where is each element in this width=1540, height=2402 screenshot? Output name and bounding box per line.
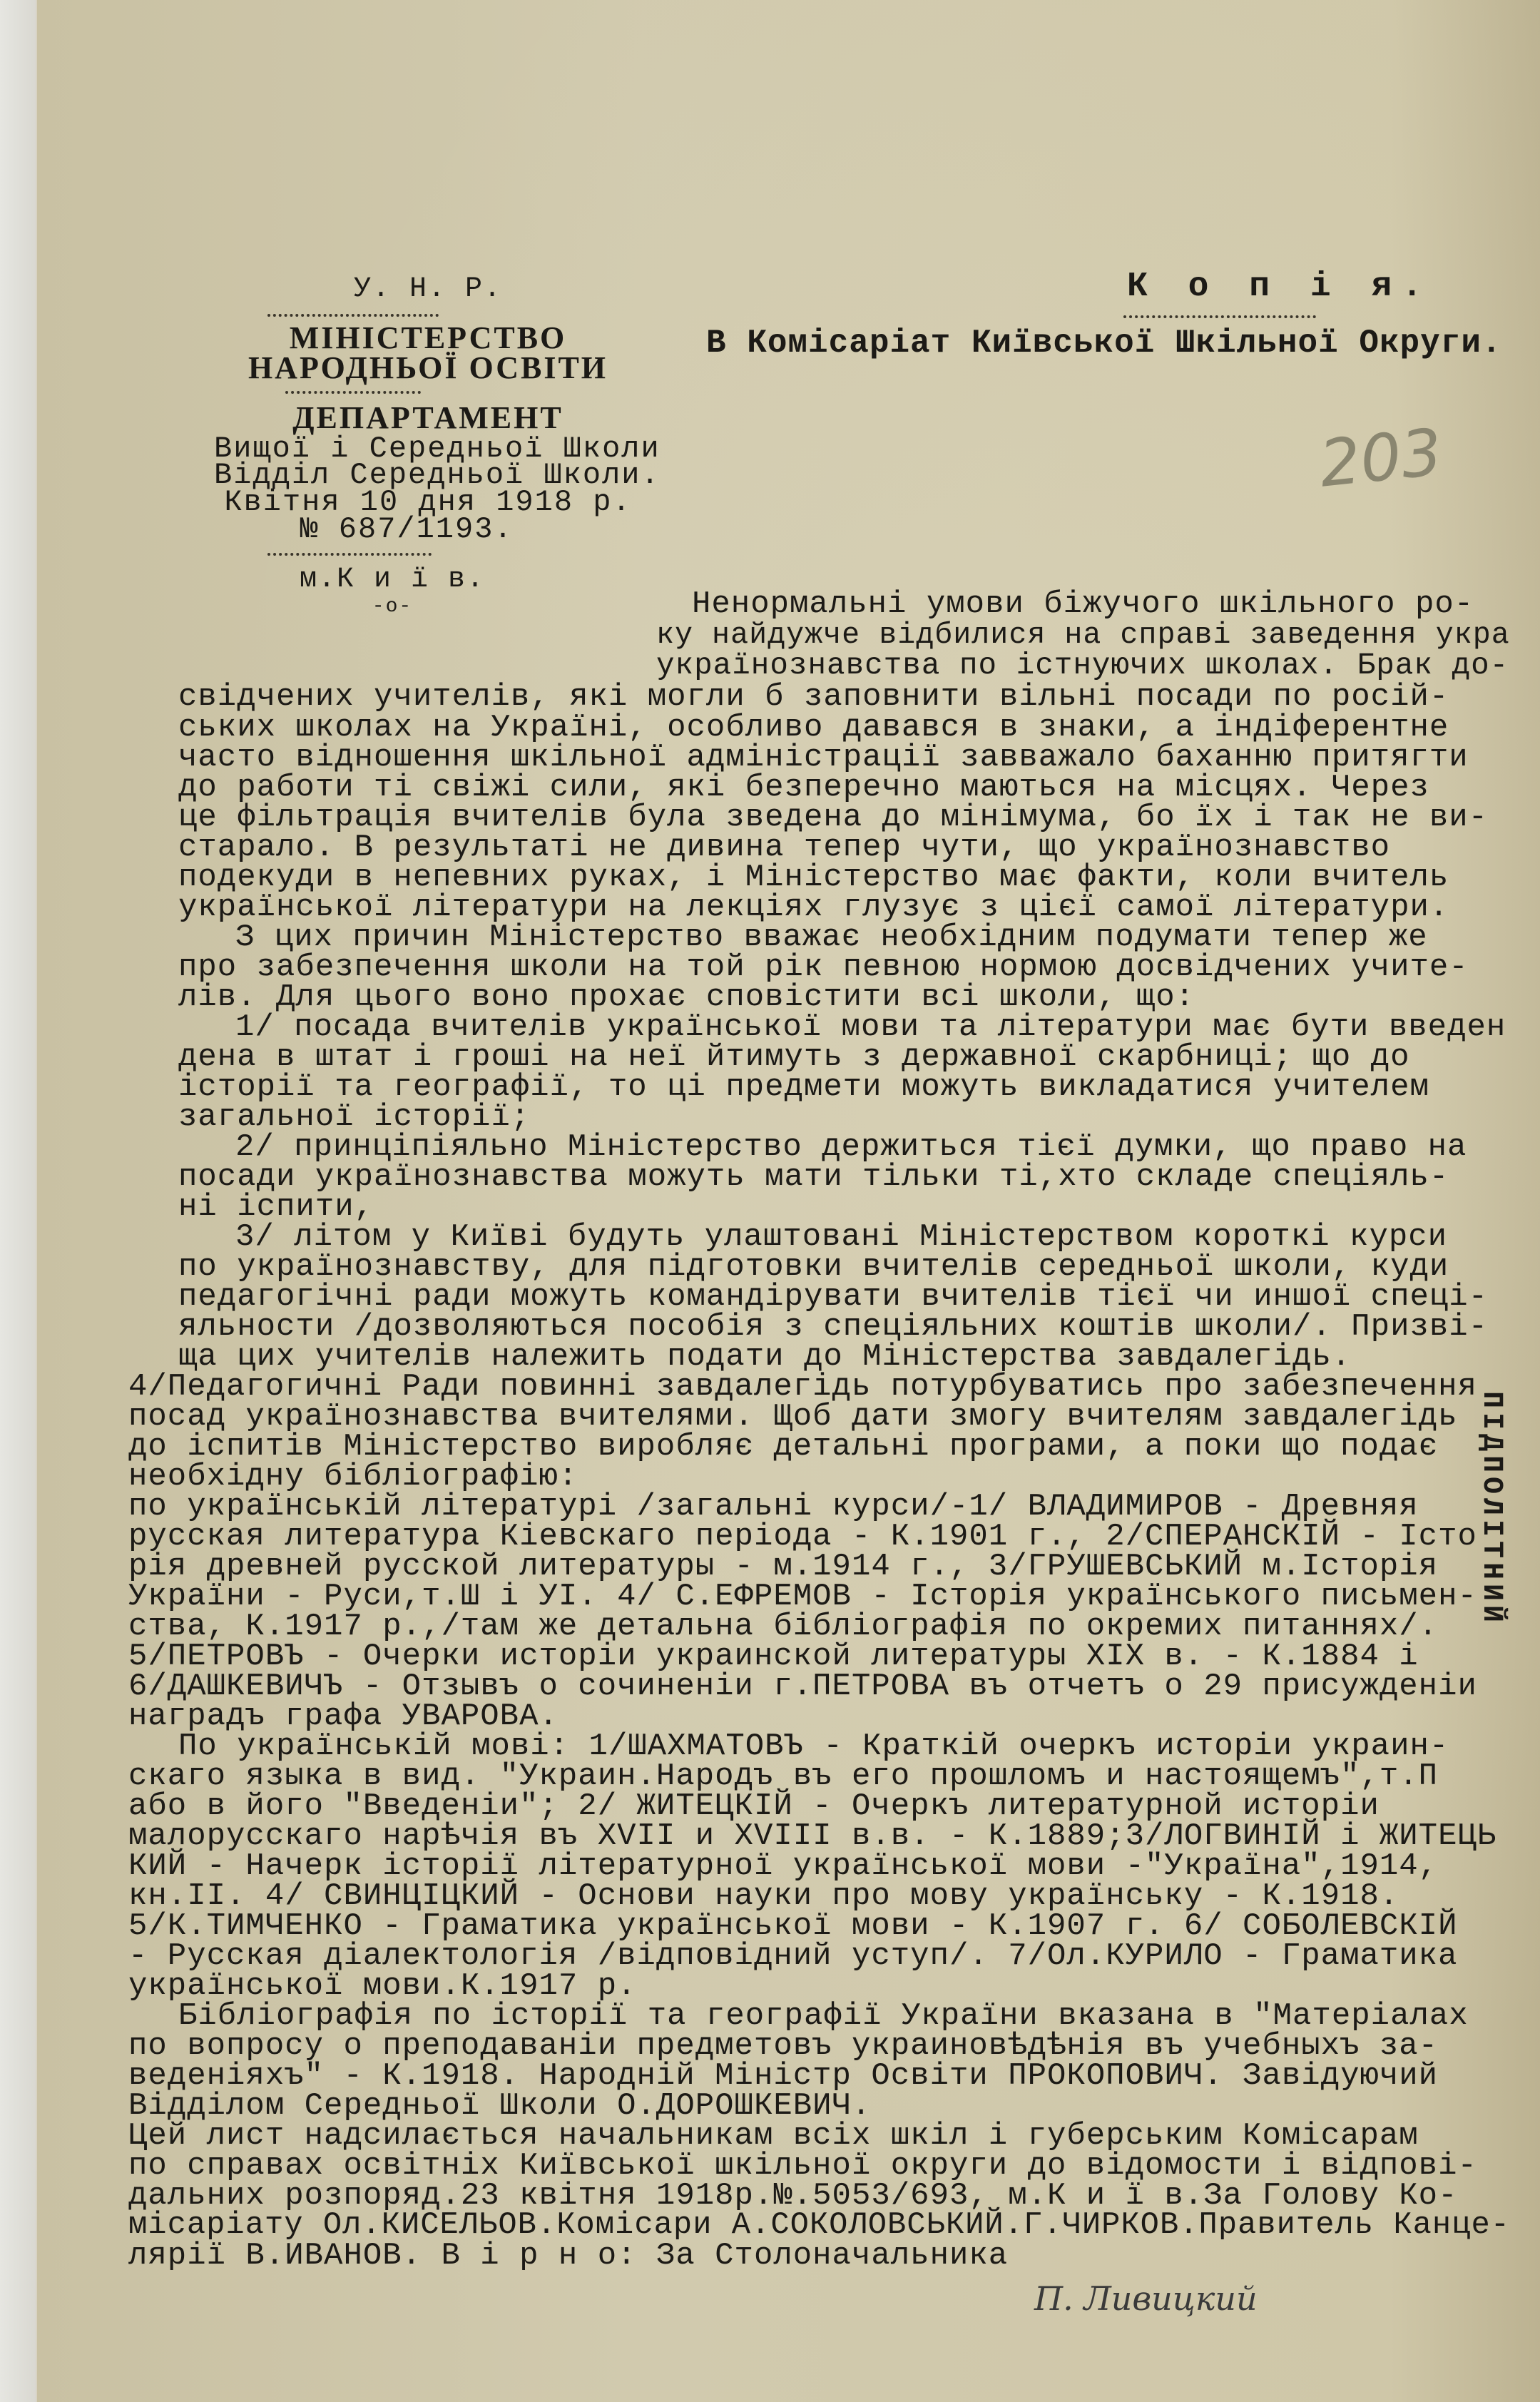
letterhead-number: № 687/1193. bbox=[193, 512, 621, 546]
body-line: КИЙ - Начерк історії літературної україн… bbox=[128, 1851, 1438, 1882]
body-line: необхідну бібліографію: bbox=[128, 1461, 578, 1492]
handwritten-signature: П. Ливицкий bbox=[1034, 2279, 1258, 2318]
divider bbox=[267, 553, 432, 556]
body-line: 3/ літом у Київі будуть улаштовані Мініс… bbox=[235, 1221, 1447, 1253]
body-line: веденіяхъ" - К.1918. Народній Міністр Ос… bbox=[128, 2060, 1438, 2092]
body-line: яльности /дозволяються пособія з спеціял… bbox=[178, 1311, 1488, 1343]
body-line: місаріату Ол.КИСЕЛЬОВ.Комісари А.СОКОЛОВ… bbox=[128, 2210, 1510, 2241]
body-line: це фільтрація вчителів була зведена до м… bbox=[178, 802, 1488, 833]
body-line: старало. В результаті не дивина тепер чу… bbox=[178, 832, 1390, 863]
body-line: - Русская діалектологія /відповідний уст… bbox=[128, 1940, 1458, 1972]
body-line: дена в штат і гроші на неї йтимуть з дер… bbox=[178, 1042, 1409, 1073]
body-line: про забезпечення школи на той рік певною… bbox=[178, 952, 1469, 983]
body-line: 4/Педагогичні Ради повинні завдалегідь п… bbox=[128, 1371, 1477, 1403]
divider bbox=[267, 314, 439, 317]
body-line: малорусскаго нарѣчія въ XVII и XVIII в.в… bbox=[128, 1821, 1496, 1852]
letterhead-state: У. Н. Р. bbox=[214, 273, 642, 305]
body-line: рія древней русской литературы - м.1914 … bbox=[128, 1551, 1438, 1582]
copy-title: К о п і я. bbox=[1127, 268, 1432, 306]
body-line: З цих причин Міністерство вважає необхід… bbox=[235, 922, 1428, 953]
body-line: Цей лист надсилається начальникам всіх ш… bbox=[128, 2120, 1419, 2152]
body-line: по українознавству, для підготовки вчите… bbox=[178, 1251, 1449, 1283]
body-line: ських школах на Україні, особливо дававс… bbox=[178, 712, 1449, 743]
body-line: дальних розпоряд.23 квітня 1918р.№.5053/… bbox=[128, 2180, 1458, 2212]
body-line: або в його "Введеніи"; 2/ ЖИТЕЦКІЙ - Оче… bbox=[128, 1791, 1380, 1822]
body-line: історії та географії, то ці предмети мож… bbox=[178, 1072, 1429, 1103]
margin-vertical-stamp: ПІДПОЛІТНИЙ bbox=[1475, 1391, 1507, 1627]
body-line: ща цих учителів належить подати до Мініс… bbox=[178, 1341, 1351, 1373]
page-left-edge bbox=[0, 0, 36, 2402]
body-line: загальної історії; bbox=[178, 1101, 530, 1133]
body-line: Бібліографія по історії та географії Укр… bbox=[178, 2000, 1469, 2032]
body-line: до іспитів Міністерство виробляє детальн… bbox=[128, 1431, 1438, 1462]
letterhead-ministry-line2: НАРОДНЬОЇ ОСВІТИ bbox=[214, 350, 642, 386]
body-line: до работи ті свіжі сили, які безперечно … bbox=[178, 772, 1429, 803]
body-line: 1/ посада вчителів української мови та л… bbox=[235, 1012, 1506, 1043]
body-line: 2/ принціпіяльно Міністерство держиться … bbox=[235, 1131, 1467, 1163]
body-line: по українській літературі /загальні курс… bbox=[128, 1491, 1419, 1522]
body-line: Відділом Середньої Школи О.ДОРОШКЕВИЧ. bbox=[128, 2090, 871, 2122]
body-line: кн.II. 4/ СВИНЦІЦКИЙ - Основи науки про … bbox=[128, 1881, 1399, 1912]
body-line: України - Руси,т.Ш і УІ. 4/ С.ЕФРЕМОВ - … bbox=[128, 1581, 1477, 1612]
body-line: української мови.К.1917 р. bbox=[128, 1970, 637, 2002]
body-line: 5/ПЕТРОВЪ - Очерки исторіи украинской ли… bbox=[128, 1641, 1419, 1672]
body-line: ні іспити, bbox=[178, 1191, 374, 1223]
body-line: лів. Для цього воно прохає сповістити вс… bbox=[178, 982, 1195, 1013]
body-line: 6/ДАШКЕВИЧЪ - Отзывъ о сочиненіи г.ПЕТРО… bbox=[128, 1671, 1477, 1702]
archive-page-number: 203 bbox=[1316, 414, 1446, 502]
body-line: часто відношення шкільної адміністрації … bbox=[178, 742, 1469, 773]
body-line: українознавства по істнуючих школах. Бра… bbox=[656, 651, 1509, 681]
body-line: 5/К.ТИМЧЕНКО - Граматика української мов… bbox=[128, 1910, 1458, 1942]
body-line: Ненормальні умови біжучого шкільного ро- bbox=[692, 589, 1474, 620]
ornament: -о- bbox=[178, 596, 606, 618]
body-line: По українській мові: 1/ШАХМАТОВЪ - Кратк… bbox=[178, 1731, 1449, 1762]
body-line: по вопросу о преподаваніи предметовъ укр… bbox=[128, 2030, 1438, 2062]
body-line: української літератури на лекціях глузує… bbox=[178, 892, 1449, 923]
body-line: по справах освітніх Київської шкільної о… bbox=[128, 2150, 1477, 2182]
body-line: ку найдужче відбилися на справі заведенн… bbox=[656, 621, 1510, 651]
addressee: В Комісаріат Київської Шкільної Округи. bbox=[706, 325, 1502, 362]
body-line: лярії В.ИВАНОВ. В і р н о: За Столоначал… bbox=[128, 2240, 1008, 2271]
body-line: подекуди в непевних руках, і Міністерств… bbox=[178, 862, 1449, 893]
body-line: посад українознавства вчителями. Щоб дат… bbox=[128, 1401, 1458, 1432]
body-line: наградъ графа УВАРОВА. bbox=[128, 1701, 559, 1732]
body-line: посади українознавства можуть мати тільк… bbox=[178, 1161, 1449, 1193]
body-line: ства, К.1917 р.,/там же детальна бібліог… bbox=[128, 1611, 1438, 1642]
letterhead-city: м.К и ї в. bbox=[178, 564, 606, 596]
body-line: русская литература Кіевскаго періода - К… bbox=[128, 1521, 1477, 1552]
body-line: педагогічні ради можуть командірувати вч… bbox=[178, 1281, 1488, 1313]
body-line: скаго языка в вид. "Украин.Народъ въ его… bbox=[128, 1761, 1438, 1792]
divider bbox=[285, 391, 421, 394]
letterhead-department: ДЕПАРТАМЕНТ bbox=[214, 400, 642, 436]
body-line: свідчених учителів, які могли б заповнит… bbox=[178, 681, 1449, 713]
divider bbox=[1123, 315, 1316, 318]
